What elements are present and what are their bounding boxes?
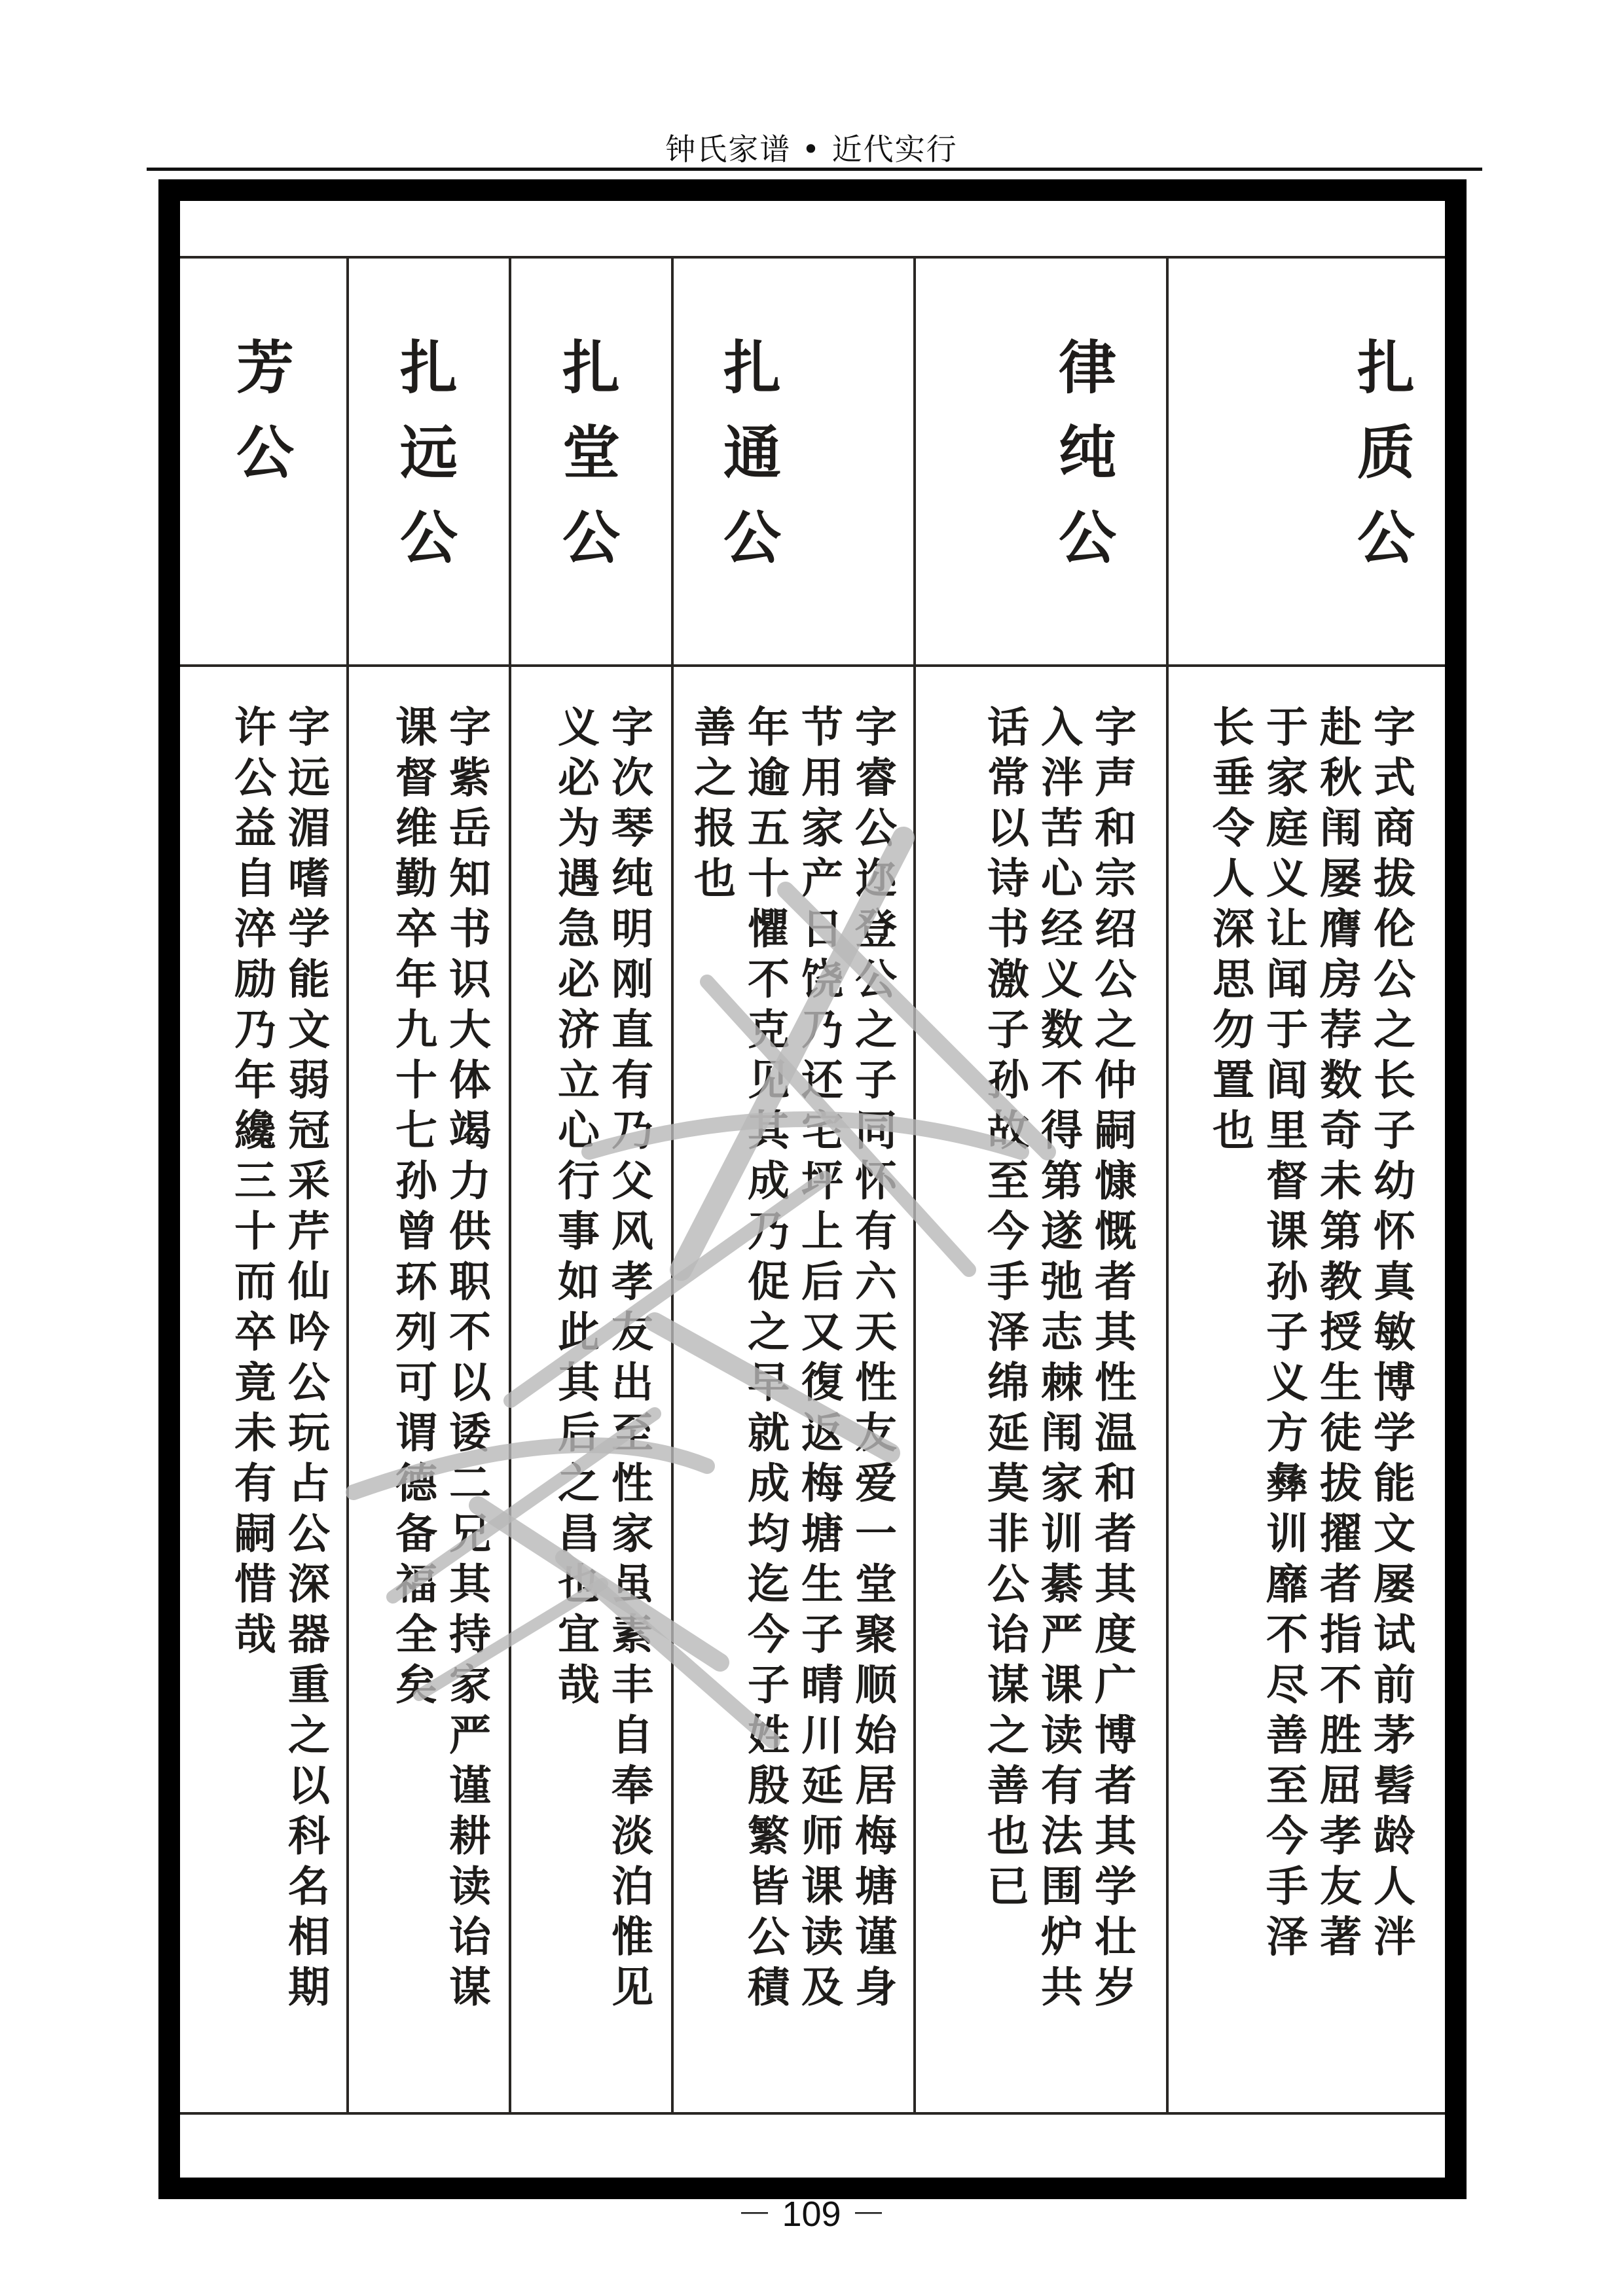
biography-text: 字式商拔伦公之长子幼怀真敏博学能文屡试前茅髫龄人泮 赴秋闱屡膺房荐数奇未第教授生… xyxy=(1203,705,1417,1965)
entry-column: 扎堂公 字次琴纯明刚直有乃父风孝友出至性家虽素丰自奉淡泊惟见 义必为遇急必济立心… xyxy=(509,259,671,2112)
entry-text-cell: 字次琴纯明刚直有乃父风孝友出至性家虽素丰自奉淡泊惟见 义必为遇急必济立心行事如此… xyxy=(511,667,671,2112)
entry-text-cell: 字睿公迩登公之子同怀有六天性友爱一堂聚顺始居梅塘谨身 节用家产日饶乃还宅坪上后又… xyxy=(674,667,913,2112)
entry-column: 芳公 字远湄嗜学能文弱冠采芹仙吟公玩占公深器重之以科名相期 许公益自淬励乃年纔三… xyxy=(180,259,346,2112)
entry-name-cell: 律纯公 xyxy=(916,259,1166,667)
entry-name-cell: 扎质公 xyxy=(1169,259,1445,667)
person-name: 扎质公 xyxy=(1353,337,1411,592)
entry-text-cell: 字远湄嗜学能文弱冠采芹仙吟公玩占公深器重之以科名相期 许公益自淬励乃年纔三十而卒… xyxy=(180,667,346,2112)
entry-column: 扎通公 字睿公迩登公之子同怀有六天性友爱一堂聚顺始居梅塘谨身 节用家产日饶乃还宅… xyxy=(671,259,913,2112)
table-bottom-band xyxy=(180,2112,1445,2178)
biography-text: 字睿公迩登公之子同怀有六天性友爱一堂聚顺始居梅塘谨身 节用家产日饶乃还宅坪上后又… xyxy=(684,705,899,2015)
table-top-band xyxy=(180,201,1445,259)
entry-name-cell: 扎通公 xyxy=(674,259,913,667)
entry-text-cell: 字式商拔伦公之长子幼怀真敏博学能文屡试前茅髫龄人泮 赴秋闱屡膺房荐数奇未第教授生… xyxy=(1169,667,1445,2112)
frame-inner: 扎质公 字式商拔伦公之长子幼怀真敏博学能文屡试前茅髫龄人泮 赴秋闱屡膺房荐数奇未… xyxy=(180,201,1445,2178)
genealogy-table: 扎质公 字式商拔伦公之长子幼怀真敏博学能文屡试前茅髫龄人泮 赴秋闱屡膺房荐数奇未… xyxy=(180,201,1445,2178)
page-number: － 109 － xyxy=(0,2186,1623,2236)
entry-name-cell: 扎堂公 xyxy=(511,259,671,667)
biography-text: 字次琴纯明刚直有乃父风孝友出至性家虽素丰自奉淡泊惟见 义必为遇急必济立心行事如此… xyxy=(548,705,655,2015)
person-name: 扎堂公 xyxy=(558,337,616,592)
entry-text-cell: 字声和宗绍公之仲嗣慷慨者其性温和者其度广博者其学壮岁 入泮苦心经义数不得第遂弛志… xyxy=(916,667,1166,2112)
entry-name-cell: 芳公 xyxy=(180,259,346,667)
running-title: 钟氏家谱 • 近代实行 xyxy=(0,126,1623,169)
page-frame: 扎质公 字式商拔伦公之长子幼怀真敏博学能文屡试前茅髫龄人泮 赴秋闱屡膺房荐数奇未… xyxy=(158,179,1467,2199)
entry-column: 律纯公 字声和宗绍公之仲嗣慷慨者其性温和者其度广博者其学壮岁 入泮苦心经义数不得… xyxy=(913,259,1166,2112)
biography-text: 字远湄嗜学能文弱冠采芹仙吟公玩占公深器重之以科名相期 许公益自淬励乃年纔三十而卒… xyxy=(225,705,332,2015)
entry-column: 扎质公 字式商拔伦公之长子幼怀真敏博学能文屡试前茅髫龄人泮 赴秋闱屡膺房荐数奇未… xyxy=(1166,259,1445,2112)
header-rule xyxy=(147,168,1482,171)
entry-text-cell: 字紫岳知书识大体竭力供职不以诿二兄其持家严谨耕读诒谋 课督维勤卒年九十七孙曾环列… xyxy=(349,667,509,2112)
person-name: 芳公 xyxy=(232,337,290,507)
entry-name-cell: 扎远公 xyxy=(349,259,509,667)
biography-text: 字紫岳知书识大体竭力供职不以诿二兄其持家严谨耕读诒谋 课督维勤卒年九十七孙曾环列… xyxy=(386,705,493,2015)
person-name: 扎远公 xyxy=(396,337,454,592)
person-name: 扎通公 xyxy=(720,337,777,592)
entry-column: 扎远公 字紫岳知书识大体竭力供职不以诿二兄其持家严谨耕读诒谋 课督维勤卒年九十七… xyxy=(346,259,509,2112)
entry-columns: 扎质公 字式商拔伦公之长子幼怀真敏博学能文屡试前茅髫龄人泮 赴秋闱屡膺房荐数奇未… xyxy=(180,259,1445,2112)
person-name: 律纯公 xyxy=(1055,337,1112,592)
biography-text: 字声和宗绍公之仲嗣慷慨者其性温和者其度广博者其学壮岁 入泮苦心经义数不得第遂弛志… xyxy=(977,705,1139,2015)
